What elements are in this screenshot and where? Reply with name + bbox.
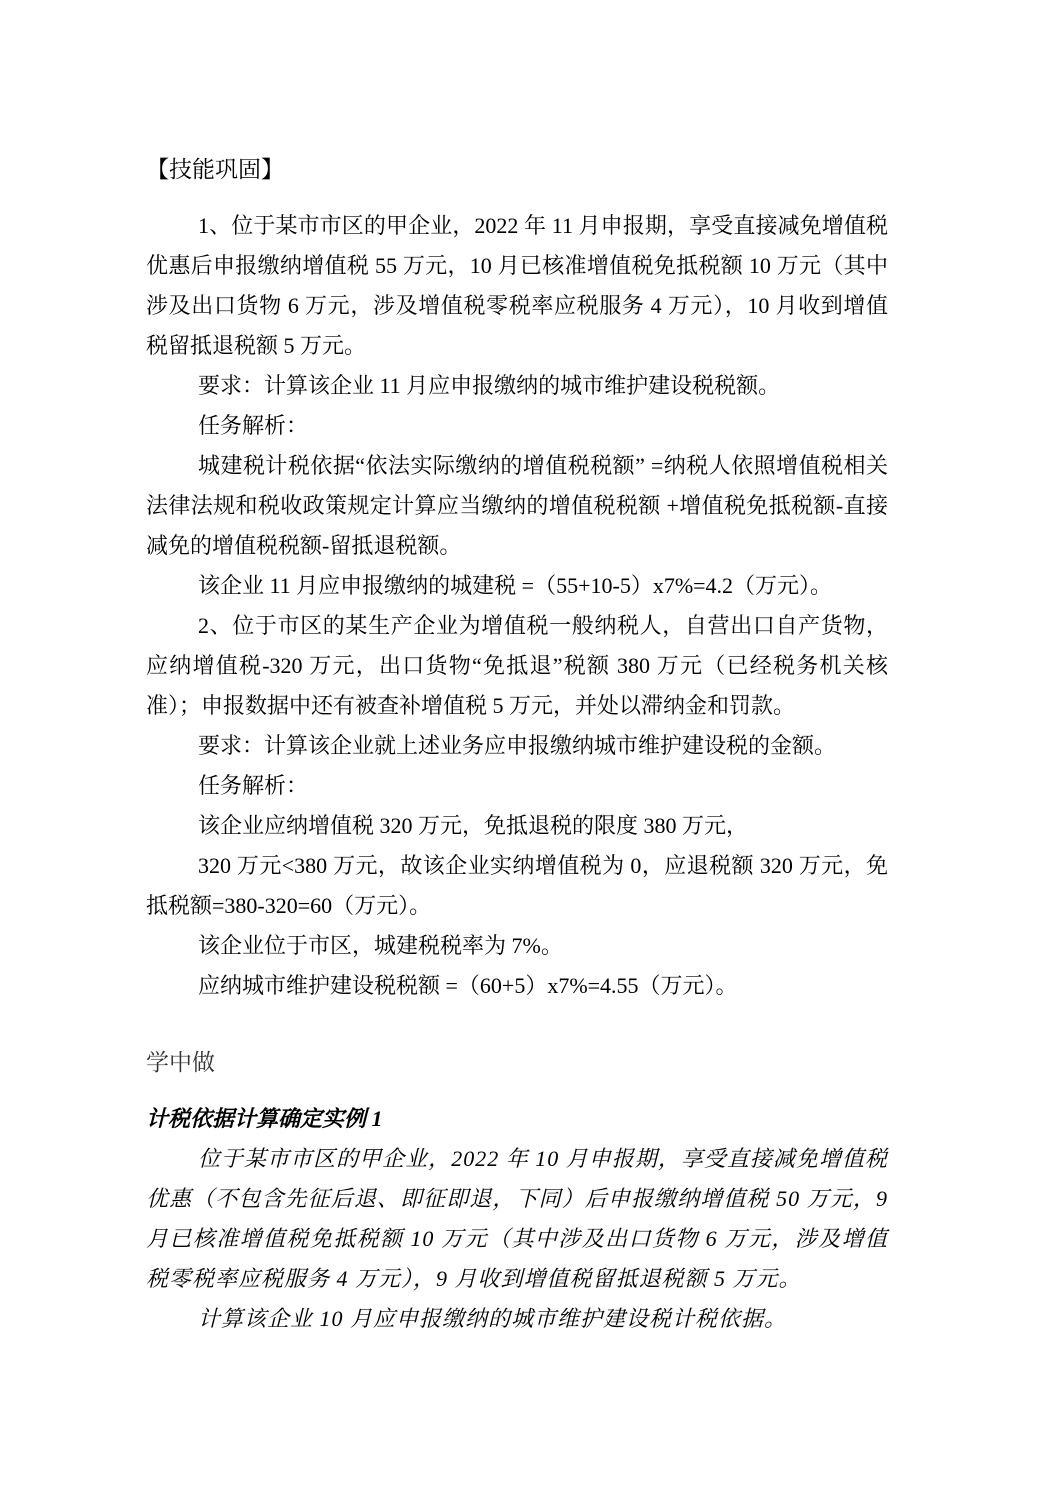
example1-heading: 计税依据计算确定实例 1: [146, 1099, 888, 1139]
problem2-analysis-comparison: 320 万元<380 万元，故该企业实纳增值税为 0，应退税额 320 万元，免…: [146, 846, 888, 926]
problem2-analysis-label: 任务解析：: [146, 766, 888, 806]
problem2-analysis-vat: 该企业应纳增值税 320 万元，免抵退税的限度 380 万元，: [146, 806, 888, 846]
problem1-analysis-result: 该企业 11 月应申报缴纳的城建税 =（55+10-5）x7%=4.2（万元）。: [146, 566, 888, 606]
problem1-statement: 1、位于某市市区的甲企业，2022 年 11 月申报期，享受直接减免增值税优惠后…: [146, 206, 888, 366]
learn-by-doing-heading: 学中做: [146, 1042, 888, 1082]
problem2-requirement: 要求：计算该企业就上述业务应申报缴纳城市维护建设税的金额。: [146, 726, 888, 766]
page-content: 【技能巩固】 1、位于某市市区的甲企业，2022 年 11 月申报期，享受直接减…: [146, 150, 888, 1339]
document-page: 【技能巩固】 1、位于某市市区的甲企业，2022 年 11 月申报期，享受直接减…: [0, 0, 1059, 1497]
problem1-analysis-label: 任务解析：: [146, 406, 888, 446]
problem2-statement: 2、位于市区的某生产企业为增值税一般纳税人，自营出口自产货物，应纳增值税-320…: [146, 606, 888, 726]
problem1-requirement: 要求：计算该企业 11 月应申报缴纳的城市维护建设税税额。: [146, 366, 888, 406]
example1-statement: 位于某市市区的甲企业，2022 年 10 月申报期，享受直接减免增值税优惠（不包…: [146, 1139, 888, 1299]
example1-task: 计算该企业 10 月应申报缴纳的城市维护建设税计税依据。: [146, 1299, 888, 1339]
skills-section-heading: 【技能巩固】: [146, 150, 888, 190]
problem2-analysis-rate: 该企业位于市区，城建税税率为 7%。: [146, 926, 888, 966]
problem1-analysis-basis: 城建税计税依据“依法实际缴纳的增值税税额” =纳税人依照增值税相关法律法规和税收…: [146, 446, 888, 566]
problem2-analysis-result: 应纳城市维护建设税税额 =（60+5）x7%=4.55（万元）。: [146, 966, 888, 1006]
